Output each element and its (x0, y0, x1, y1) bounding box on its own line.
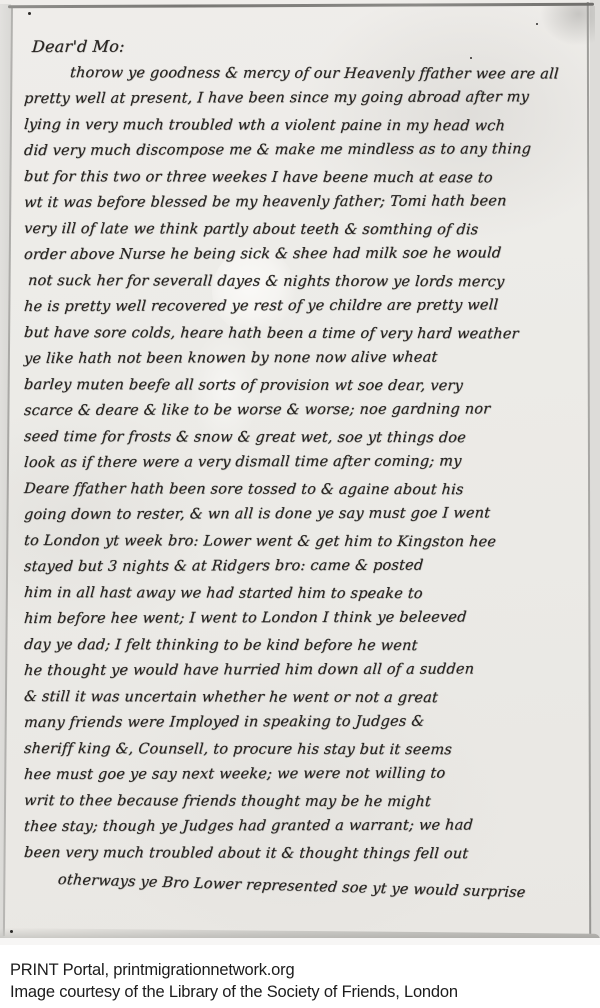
manuscript-line: he is pretty well recovered ye rest of y… (23, 292, 591, 320)
caption-portal-line: PRINT Portal, printmigrationnetwork.org (10, 959, 600, 981)
manuscript-line: Dear'd Mo: (23, 32, 591, 60)
manuscript-line: scarce & deare & like to be worse & wors… (23, 396, 591, 424)
manuscript-line: he thought ye would have hurried him dow… (23, 656, 591, 684)
manuscript-line: going down to rester, & wn all is done y… (23, 500, 591, 528)
manuscript-line: pretty well at present, I have been sinc… (23, 84, 591, 112)
manuscript-line: did very much discompose me & make me mi… (23, 136, 591, 164)
manuscript-line: many friends were Imployed in speaking t… (23, 708, 591, 736)
manuscript-text: Dear'd Mo:thorow ye goodness & mercy of … (24, 34, 590, 892)
manuscript-photo: Dear'd Mo:thorow ye goodness & mercy of … (0, 0, 600, 945)
manuscript-paper: Dear'd Mo:thorow ye goodness & mercy of … (0, 0, 600, 945)
page: Dear'd Mo:thorow ye goodness & mercy of … (0, 0, 600, 1008)
manuscript-line: order above Nurse he being sick & shee h… (23, 240, 591, 268)
ink-speck (28, 12, 31, 15)
ink-speck (470, 57, 472, 59)
manuscript-line: been very much troubled about it & thoug… (23, 840, 591, 867)
manuscript-line: hee must goe ye say next weeke; we were … (23, 760, 591, 788)
caption-credit-line: Image courtesy of the Library of the Soc… (10, 981, 600, 1003)
photo-bottom-margin (0, 938, 600, 945)
ink-speck (10, 930, 13, 933)
manuscript-line: stayed but 3 nights & at Ridgers bro: ca… (23, 552, 591, 580)
manuscript-line: thee stay; though ye Judges had granted … (23, 812, 591, 840)
manuscript-line: wt it was before blessed be my heavenly … (23, 188, 591, 216)
ink-speck (536, 23, 538, 25)
manuscript-line: otherways ye Bro Lower represented soe y… (23, 866, 590, 908)
manuscript-line: ye like hath not been knowen by none now… (23, 344, 591, 372)
manuscript-line: look as if there were a very dismall tim… (23, 448, 591, 476)
photo-right-margin (590, 0, 600, 945)
caption: PRINT Portal, printmigrationnetwork.org … (0, 945, 600, 1008)
paper-corner-smudge (540, 6, 595, 46)
manuscript-line: him before hee went; I went to London I … (23, 604, 591, 632)
